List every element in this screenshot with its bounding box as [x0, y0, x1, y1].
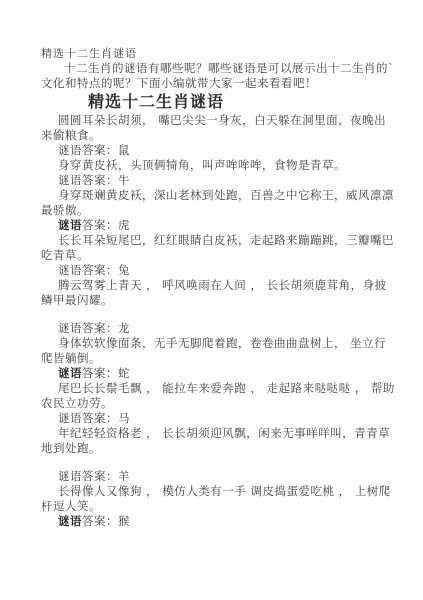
answer-prefix: 答案： — [82, 366, 118, 380]
answer-label: 谜语 — [58, 173, 82, 187]
answer-value: 羊 — [118, 469, 130, 483]
riddle-item: 尾巴长长鬃毛飘 ， 能拉车来爱奔跑 ， 走起路来哒哒哒 ， 帮助农民立功劳。 谜… — [41, 381, 395, 426]
riddle-item: 腾云驾雾上青天 ， 呼风唤雨在人间 ， 长长胡须鹿茸角，身披鳞甲最闪耀。 谜语答… — [41, 278, 395, 336]
riddle-answer: 谜语答案：蛇 — [41, 366, 395, 381]
riddle-answer: 谜语答案：龙 — [41, 321, 395, 336]
answer-prefix: 答案： — [82, 143, 118, 157]
riddle-answer: 谜语答案：鼠 — [41, 143, 395, 158]
answer-value: 兔 — [118, 263, 130, 277]
riddle-clue: 身穿黄皮袄，头顶俩犄角，叫声哞哞哞，食物是青草。 — [41, 158, 395, 173]
answer-value: 牛 — [118, 173, 130, 187]
answer-label: 谜语 — [58, 218, 82, 232]
answer-prefix: 答案： — [82, 411, 118, 425]
riddle-item: 长得像人又像狗 ， 模仿人类有一手 调皮捣蛋爱吃桃 ， 上树爬杆逗人笑。 谜语答… — [41, 484, 395, 529]
answer-label: 谜语 — [58, 263, 82, 277]
answer-value: 鼠 — [118, 143, 130, 157]
riddle-answer: 谜语答案：牛 — [41, 173, 395, 188]
riddle-clue: 尾巴长长鬃毛飘 ， 能拉车来爱奔跑 ， 走起路来哒哒哒 ， 帮助农民立功劳。 — [41, 381, 395, 411]
riddle-item: 圆圆耳朵长胡须， 嘴巴尖尖一身灰，白天躲在洞里面，夜晚出来偷粮食。 谜语答案：鼠 — [41, 113, 395, 158]
document-page: 精选十二生肖谜语 十二生肖的谜语有哪些呢？哪些谜语是可以展示出十二生肖的`文化和… — [0, 0, 423, 600]
answer-value: 虎 — [118, 218, 130, 232]
answer-label: 谜语 — [58, 366, 82, 380]
answer-prefix: 答案： — [82, 218, 118, 232]
riddle-clue: 身体软软像面条，无手无脚爬着跑，卷卷曲曲盘树上， 坐立行爬皆躺倒。 — [41, 336, 395, 366]
answer-label: 谜语 — [58, 321, 82, 335]
main-heading: 精选十二生肖谜语 — [41, 91, 395, 113]
answer-prefix: 答案： — [82, 173, 118, 187]
riddle-answer: 谜语答案：兔 — [41, 263, 395, 278]
answer-value: 蛇 — [118, 366, 130, 380]
riddle-clue: 身穿斑斓黄皮袄，深山老林到处跑，百兽之中它称王，威风凛凛最骄傲。 — [41, 188, 395, 218]
answer-value: 马 — [118, 411, 130, 425]
answer-prefix: 答案： — [82, 514, 118, 528]
riddle-answer: 谜语答案：马 — [41, 411, 395, 426]
riddle-clue: 腾云驾雾上青天 ， 呼风唤雨在人间 ， 长长胡须鹿茸角，身披鳞甲最闪耀。 — [41, 278, 395, 308]
answer-label: 谜语 — [58, 514, 82, 528]
riddle-clue: 长长耳朵短尾巴，红红眼睛白皮袄，走起路来蹦蹦跳，三瓣嘴巴吃青草。 — [41, 233, 395, 263]
riddle-clue: 年纪轻轻资格老 ， 长长胡须迎风飘，闲来无事咩咩叫，青青草地到处跑。 — [41, 426, 395, 456]
riddle-answer: 谜语答案：猴 — [41, 514, 395, 529]
riddle-answer: 谜语答案：羊 — [41, 469, 395, 484]
page-title: 精选十二生肖谜语 — [41, 46, 395, 61]
answer-value: 猴 — [118, 514, 130, 528]
answer-label: 谜语 — [58, 411, 82, 425]
answer-prefix: 答案： — [82, 263, 118, 277]
answer-prefix: 答案： — [82, 321, 118, 335]
riddle-item: 身穿斑斓黄皮袄，深山老林到处跑，百兽之中它称王，威风凛凛最骄傲。 谜语答案：虎 — [41, 188, 395, 233]
riddle-item: 身体软软像面条，无手无脚爬着跑，卷卷曲曲盘树上， 坐立行爬皆躺倒。 谜语答案：蛇 — [41, 336, 395, 381]
riddle-item: 年纪轻轻资格老 ， 长长胡须迎风飘，闲来无事咩咩叫，青青草地到处跑。 谜语答案：… — [41, 426, 395, 484]
riddle-item: 长长耳朵短尾巴，红红眼睛白皮袄，走起路来蹦蹦跳，三瓣嘴巴吃青草。 谜语答案：兔 — [41, 233, 395, 278]
riddle-answer: 谜语答案：虎 — [41, 218, 395, 233]
riddle-item: 身穿黄皮袄，头顶俩犄角，叫声哞哞哞，食物是青草。 谜语答案：牛 — [41, 158, 395, 188]
riddle-list: 圆圆耳朵长胡须， 嘴巴尖尖一身灰，白天躲在洞里面，夜晚出来偷粮食。 谜语答案：鼠… — [41, 113, 395, 529]
riddle-clue: 圆圆耳朵长胡须， 嘴巴尖尖一身灰，白天躲在洞里面，夜晚出来偷粮食。 — [41, 113, 395, 143]
answer-label: 谜语 — [58, 469, 82, 483]
answer-label: 谜语 — [58, 143, 82, 157]
answer-value: 龙 — [118, 321, 130, 335]
riddle-clue: 长得像人又像狗 ， 模仿人类有一手 调皮捣蛋爱吃桃 ， 上树爬杆逗人笑。 — [41, 484, 395, 514]
answer-prefix: 答案： — [82, 469, 118, 483]
intro-paragraph: 十二生肖的谜语有哪些呢？哪些谜语是可以展示出十二生肖的`文化和特点的呢？下面小编… — [41, 61, 395, 91]
